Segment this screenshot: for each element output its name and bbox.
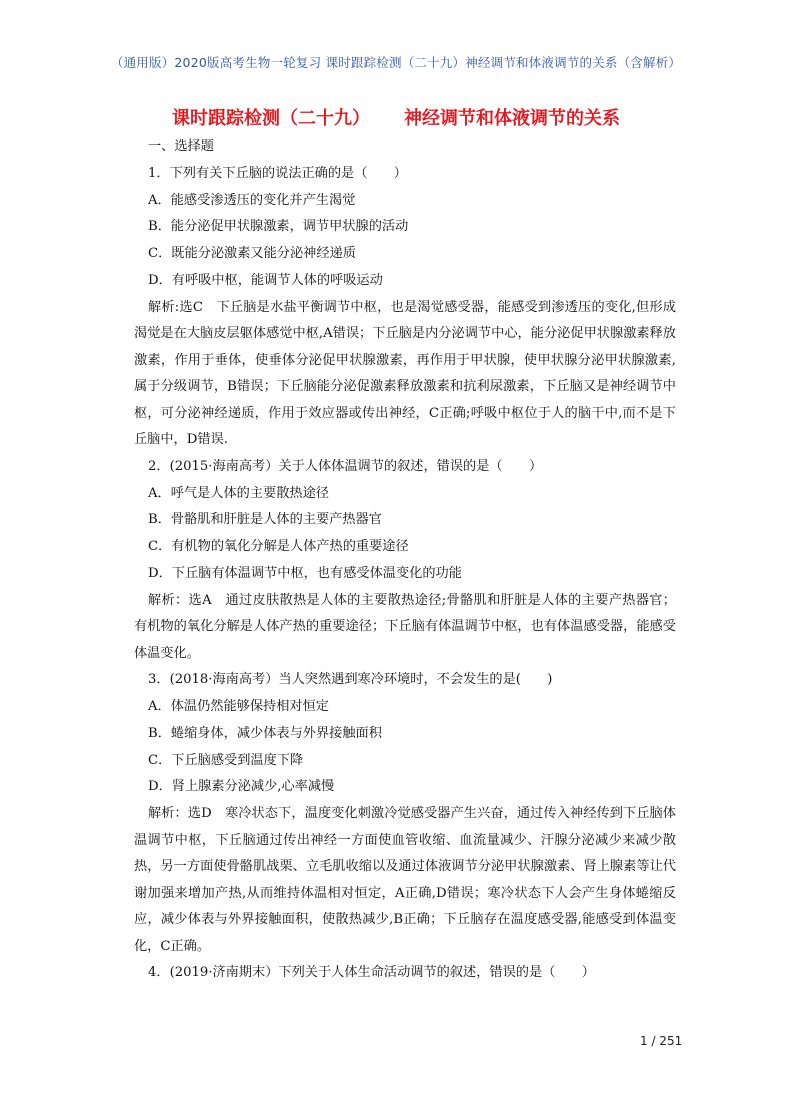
option-c: C．下丘脑感受到温度下降	[148, 748, 676, 775]
document-body: 一、选择题 1．下列有关下丘脑的说法正确的是（ ） A．能感受渗透压的变化并产生…	[148, 134, 676, 987]
option-b: B．骨骼肌和肝脏是人体的主要产热器官	[148, 507, 676, 534]
question-stem: 4．(2019·济南期末）下列关于人体生命活动调节的叙述，错误的是（ ）	[148, 960, 676, 987]
option-d: D．下丘脑有体温调节中枢，也有感受体温变化的功能	[148, 561, 676, 588]
title-left: 课时跟踪检测（二十九）	[172, 108, 370, 129]
option-b: B．能分泌促甲状腺激素，调节甲状腺的活动	[148, 214, 676, 241]
option-c: C．既能分泌激素又能分泌神经递质	[148, 241, 676, 268]
option-a: A．能感受渗透压的变化并产生渴觉	[148, 188, 676, 215]
option-a: A．体温仍然能够保持相对恒定	[148, 694, 676, 721]
question-4: 4．(2019·济南期末）下列关于人体生命活动调节的叙述，错误的是（ ）	[148, 960, 676, 987]
question-stem: 3．(2018·海南高考）当人突然遇到寒冷环境时，不会发生的是( )	[148, 667, 676, 694]
page-title: 课时跟踪检测（二十九）神经调节和体液调节的关系	[0, 104, 792, 130]
question-1: 1．下列有关下丘脑的说法正确的是（ ） A．能感受渗透压的变化并产生渴觉 B．能…	[148, 161, 676, 454]
question-2: 2．(2015·海南高考）关于人体体温调节的叙述，错误的是（ ） A．呼气是人体…	[148, 454, 676, 667]
explanation: 解析:选C 下丘脑是水盐平衡调节中枢，也是渴觉感受器，能感受到渗透压的变化,但形…	[134, 295, 676, 454]
option-a: A．呼气是人体的主要散热途径	[148, 481, 676, 508]
section-heading: 一、选择题	[148, 134, 676, 161]
option-d: D．肾上腺素分泌减少,心率减慢	[148, 774, 676, 801]
question-stem: 1．下列有关下丘脑的说法正确的是（ ）	[148, 161, 676, 188]
explanation: 解析：选A 通过皮肤散热是人体的主要散热途径;骨骼肌和肝脏是人体的主要产热器官；…	[134, 588, 676, 668]
question-stem: 2．(2015·海南高考）关于人体体温调节的叙述，错误的是（ ）	[148, 454, 676, 481]
option-b: B．蜷缩身体，减少体表与外界接触面积	[148, 721, 676, 748]
page-number: 1 / 251	[640, 1034, 682, 1048]
title-right: 神经调节和体液调节的关系	[404, 108, 620, 129]
option-d: D．有呼吸中枢，能调节人体的呼吸运动	[148, 268, 676, 295]
question-3: 3．(2018·海南高考）当人突然遇到寒冷环境时，不会发生的是( ) A．体温仍…	[148, 667, 676, 960]
explanation: 解析：选D 寒冷状态下，温度变化刺激冷觉感受器产生兴奋，通过传入神经传到下丘脑体…	[134, 801, 676, 960]
document-header: （通用版）2020版高考生物一轮复习 课时跟踪检测（二十九）神经调节和体液调节的…	[0, 53, 792, 71]
option-c: C．有机物的氧化分解是人体产热的重要途径	[148, 534, 676, 561]
